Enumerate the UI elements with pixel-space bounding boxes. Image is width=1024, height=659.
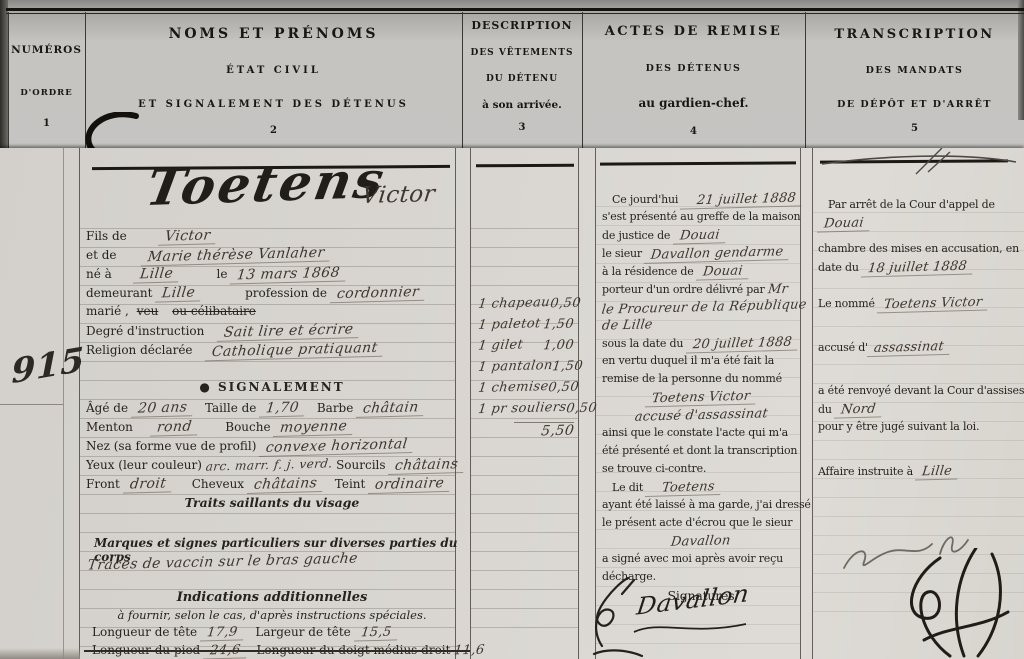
age-value: 20 ans: [131, 399, 194, 418]
sheet-divider-4r: [800, 148, 801, 659]
header-numeros-colnum: 1: [8, 118, 85, 129]
transcription-cour-ville: Douai: [817, 215, 871, 232]
clothing-item: 1 chapeau: [477, 295, 551, 318]
taille-value: 1,70: [259, 399, 306, 417]
religion-label: Religion déclarée: [86, 343, 193, 357]
remise-date-ordre: 20 juillet 1888: [685, 335, 798, 354]
clothing-item: 1 pantalon: [477, 358, 554, 381]
header-vetements-colnum: 3: [462, 122, 582, 133]
religion-value: Catholique pratiquant: [205, 340, 385, 362]
remise-printed: se trouve ci-contre.: [602, 462, 800, 480]
clothing-price: 0,50: [547, 380, 580, 402]
signature-scrawl-dark: [880, 548, 1024, 659]
remise-maison-justice: Douai: [673, 227, 727, 244]
barbe-value: châtain: [356, 399, 426, 418]
register-page: NUMÉROS D'ORDRE 1 NOMS ET PRÉNOMS ÉTAT C…: [0, 0, 1024, 659]
cheveux-label: Cheveux: [192, 477, 244, 491]
tete-long-label: Longueur de tête: [92, 625, 197, 639]
header-col-actes: ACTES DE REMISE DES DÉTENUS au gardien-c…: [582, 0, 805, 148]
marital-celibataire-struck: ou célibataire: [172, 304, 256, 318]
transcription-printed: a été renvoyé devant la Cour d'assises: [818, 384, 1020, 402]
residence: Lille: [155, 284, 202, 302]
remise-printed: porteur d'un ordre délivré par: [602, 283, 765, 296]
clothing-price: 1,50: [551, 359, 584, 381]
instruction-value: Sait lire et écrire: [217, 321, 361, 342]
tete-larg-label: Largeur de tête: [255, 625, 350, 639]
marital-marie: marié: [86, 304, 121, 318]
clothing-price: 1,50: [542, 317, 575, 339]
header-noms-line3: ET SIGNALEMENT DES DÉTENUS: [85, 99, 462, 110]
remise-residence: Douai: [696, 263, 750, 280]
remise-nomme: Toetens Victor: [645, 389, 757, 408]
remise-printed: été présenté et dont la transcription: [602, 444, 800, 462]
sheet-margin-line-inner: [63, 148, 64, 659]
sourcils-label: Sourcils: [336, 458, 385, 472]
clothing-item: 1 pr souliers: [477, 400, 568, 423]
marital-comma: ,: [125, 304, 129, 318]
nez-value: convexe horizontal: [259, 436, 415, 457]
pen-stroke-top-right: [820, 148, 1020, 178]
col2-bottom-rule: [84, 650, 470, 652]
header-actes-line2: DES DÉTENUS: [582, 63, 805, 74]
yeux-value: arc. marr. f. j. verd.: [205, 456, 333, 473]
header-col-numeros: NUMÉROS D'ORDRE 1: [8, 0, 85, 148]
remise-ordre-par: Mr: [767, 282, 789, 298]
ink-dot: ●: [199, 380, 218, 394]
front-label: Front: [86, 477, 120, 491]
topbar-col4: [600, 161, 796, 165]
father-name: Victor: [158, 227, 217, 245]
signalement-title: ● SIGNALEMENT: [86, 380, 458, 394]
remise-printed: a signé avec moi après avoir reçu: [602, 552, 800, 570]
transcription-printed: Affaire instruite à: [818, 465, 913, 478]
traits-saillants-label: Traits saillants du visage: [86, 495, 458, 514]
front-value: droit: [123, 475, 173, 493]
transcription-nomme: Toetens Victor: [877, 295, 989, 314]
page-left-edge-shadow: [0, 0, 8, 148]
header-vetements-line1: DESCRIPTION: [462, 19, 582, 32]
tete-larg-value: 15,5: [354, 624, 399, 641]
remise-printed: le sieur: [602, 247, 642, 260]
remise-ledit: Toetens: [645, 479, 722, 497]
remise-printed: Ce jourd'hui: [612, 193, 678, 206]
order-number: 915: [11, 340, 84, 392]
remise-printed: à la résidence de: [602, 265, 694, 278]
clothing-item: 1 paletot: [477, 316, 542, 339]
header-transcription-line3: DE DÉPÔT ET D'ARRÊT: [805, 99, 1024, 110]
header-transcription-colnum: 5: [805, 123, 1024, 134]
mensurations-block: Longueur de tête 17,9 Largeur de tête 15…: [92, 625, 458, 659]
signalement-block: Âgé de 20 ans Taille de 1,70 Barbe châta…: [86, 400, 458, 514]
birthdate: 13 mars 1868: [230, 265, 347, 285]
transcription-printed: Le nommé: [818, 297, 875, 310]
transcription-instruite-ville: Lille: [915, 463, 959, 480]
header-col-vetements: DESCRIPTION DES VÊTEMENTS DU DÉTENU à so…: [462, 0, 582, 148]
teint-label: Teint: [335, 477, 366, 491]
header-vetements-line3: DU DÉTENU: [462, 74, 582, 84]
cheveux-value: châtains: [247, 475, 324, 494]
remise-printed: le présent acte d'écrou que le sieur: [602, 516, 800, 534]
clothing-total: 5,50: [540, 423, 575, 445]
transcription-printed: pour y être jugé suivant la loi.: [818, 420, 1020, 438]
signature-underline-flourish: [630, 618, 750, 638]
fils-de-label: Fils de: [86, 229, 127, 243]
header-numeros-line2: D'ORDRE: [8, 88, 85, 98]
age-label: Âgé: [86, 401, 109, 415]
remise-sieur-nom: Davallon: [670, 533, 731, 550]
remise-printed: ayant été laissé à ma garde, j'ai dressé: [602, 498, 800, 516]
header-numeros-line1: NUMÉROS: [8, 44, 85, 56]
menton-label: Menton: [86, 420, 133, 434]
bouche-value: moyenne: [273, 418, 354, 437]
header-vetements-line2: DES VÊTEMENTS: [462, 48, 582, 58]
nez-label: Nez (sa forme vue de profil): [86, 439, 256, 453]
remise-agent: Davallon gendarme: [644, 244, 790, 264]
transcription-printed: Par arrêt de la Cour d'appel de: [818, 198, 1020, 216]
detainee-surname: Toetens: [142, 150, 391, 217]
remise-procureur: le Procureur de la République: [601, 297, 808, 317]
clothing-price: 1,00: [542, 338, 575, 360]
demeurant-label: demeurant: [86, 286, 152, 300]
clothing-list: 1 chapeau0,50 1 paletot1,50 1 gilet1,00 …: [478, 296, 574, 444]
mother-name: Marie thérèse Vanlaher: [141, 245, 332, 267]
remise-printed: en vertu duquel il m'a été fait la: [602, 354, 800, 372]
yeux-label: Yeux (leur couleur): [86, 458, 202, 472]
header-vetements-line4: à son arrivée.: [462, 99, 582, 111]
et-de-label: et de: [86, 248, 117, 262]
transcription-assises-dept: Nord: [834, 401, 883, 418]
menton-value: rond: [150, 418, 199, 436]
tete-long-value: 17,9: [200, 624, 245, 641]
remise-procureur-ville: de Lille: [601, 317, 653, 333]
header-transcription-line2: DES MANDATS: [805, 65, 1024, 76]
remise-accusation: accusé d'assassinat: [634, 406, 769, 424]
header-col-transcription: TRANSCRIPTION DES MANDATS DE DÉPÔT ET D'…: [805, 0, 1024, 148]
clothing-price: 0,50: [548, 296, 581, 318]
indications-title: Indications additionnelles: [86, 590, 458, 605]
header-actes-line1: ACTES DE REMISE: [582, 24, 805, 39]
acte-remise-text: Ce jourd'hui 21 juillet 1888 s'est prése…: [602, 192, 800, 606]
barbe-label: Barbe: [317, 401, 354, 415]
ecrou-sheet: 915 Toetens Victor Fils de Victor et de …: [0, 148, 1024, 659]
bouche-label: Bouche: [225, 420, 270, 434]
transcription-printed: accusé d': [818, 341, 868, 354]
header-noms-line1: NOMS ET PRÉNOMS: [85, 26, 462, 42]
transcription-printed: chambre des mises en accusation, en: [818, 242, 1020, 260]
le-label: le: [216, 267, 227, 281]
transcription-printed: du: [818, 403, 832, 416]
birthplace: Lille: [133, 265, 180, 283]
remise-printed: Le dit: [612, 481, 643, 494]
marital-veu-struck: veu: [137, 304, 159, 318]
age-de-label: de: [113, 401, 128, 415]
clothing-item: 1 gilet: [477, 337, 524, 359]
profession: cordonnier: [330, 284, 426, 303]
taille-label: Taille de: [205, 401, 256, 415]
header-transcription-line1: TRANSCRIPTION: [805, 27, 1024, 42]
detainee-firstname: Victor: [360, 181, 436, 209]
clothing-item: 1 chemise: [477, 379, 550, 402]
ne-a-label: né à: [86, 267, 112, 281]
remise-printed: ainsi que le constate l'acte qui m'a: [602, 426, 800, 444]
sourcils-value: châtains: [388, 456, 465, 475]
clothing-price: 0,50: [565, 401, 598, 423]
remise-printed: sous la date du: [602, 337, 683, 350]
remise-printed: s'est présenté au greffe de la maison: [602, 210, 800, 228]
transcription-date-arret: 18 juillet 1888: [861, 259, 974, 278]
transcription-printed: date du: [818, 261, 859, 274]
header-actes-line3: au gardien-chef.: [582, 96, 805, 110]
remise-printed: remise de la personne du nommé: [602, 372, 800, 390]
civil-status-block: Fils de Victor et de Marie thérèse Vanla…: [86, 228, 458, 361]
instruction-label: Degré d'instruction: [86, 324, 204, 338]
bottom-left-shadow: [0, 648, 80, 659]
header-noms-line2: ÉTAT CIVIL: [85, 65, 462, 76]
transcription-text: Par arrêt de la Cour d'appel de Douai ch…: [818, 198, 1020, 482]
margin-rule: [0, 404, 63, 405]
teint-value: ordinaire: [368, 475, 451, 494]
transcription-accusation: assassinat: [867, 339, 951, 357]
remise-date-presentation: 21 juillet 1888: [680, 190, 803, 209]
remise-printed: de justice de: [602, 229, 670, 242]
header-actes-colnum: 4: [582, 126, 805, 137]
profession-label: profession de: [245, 286, 327, 300]
topbar-col3: [476, 164, 574, 168]
indications-subtitle: à fournir, selon le cas, d'après instruc…: [86, 608, 458, 622]
